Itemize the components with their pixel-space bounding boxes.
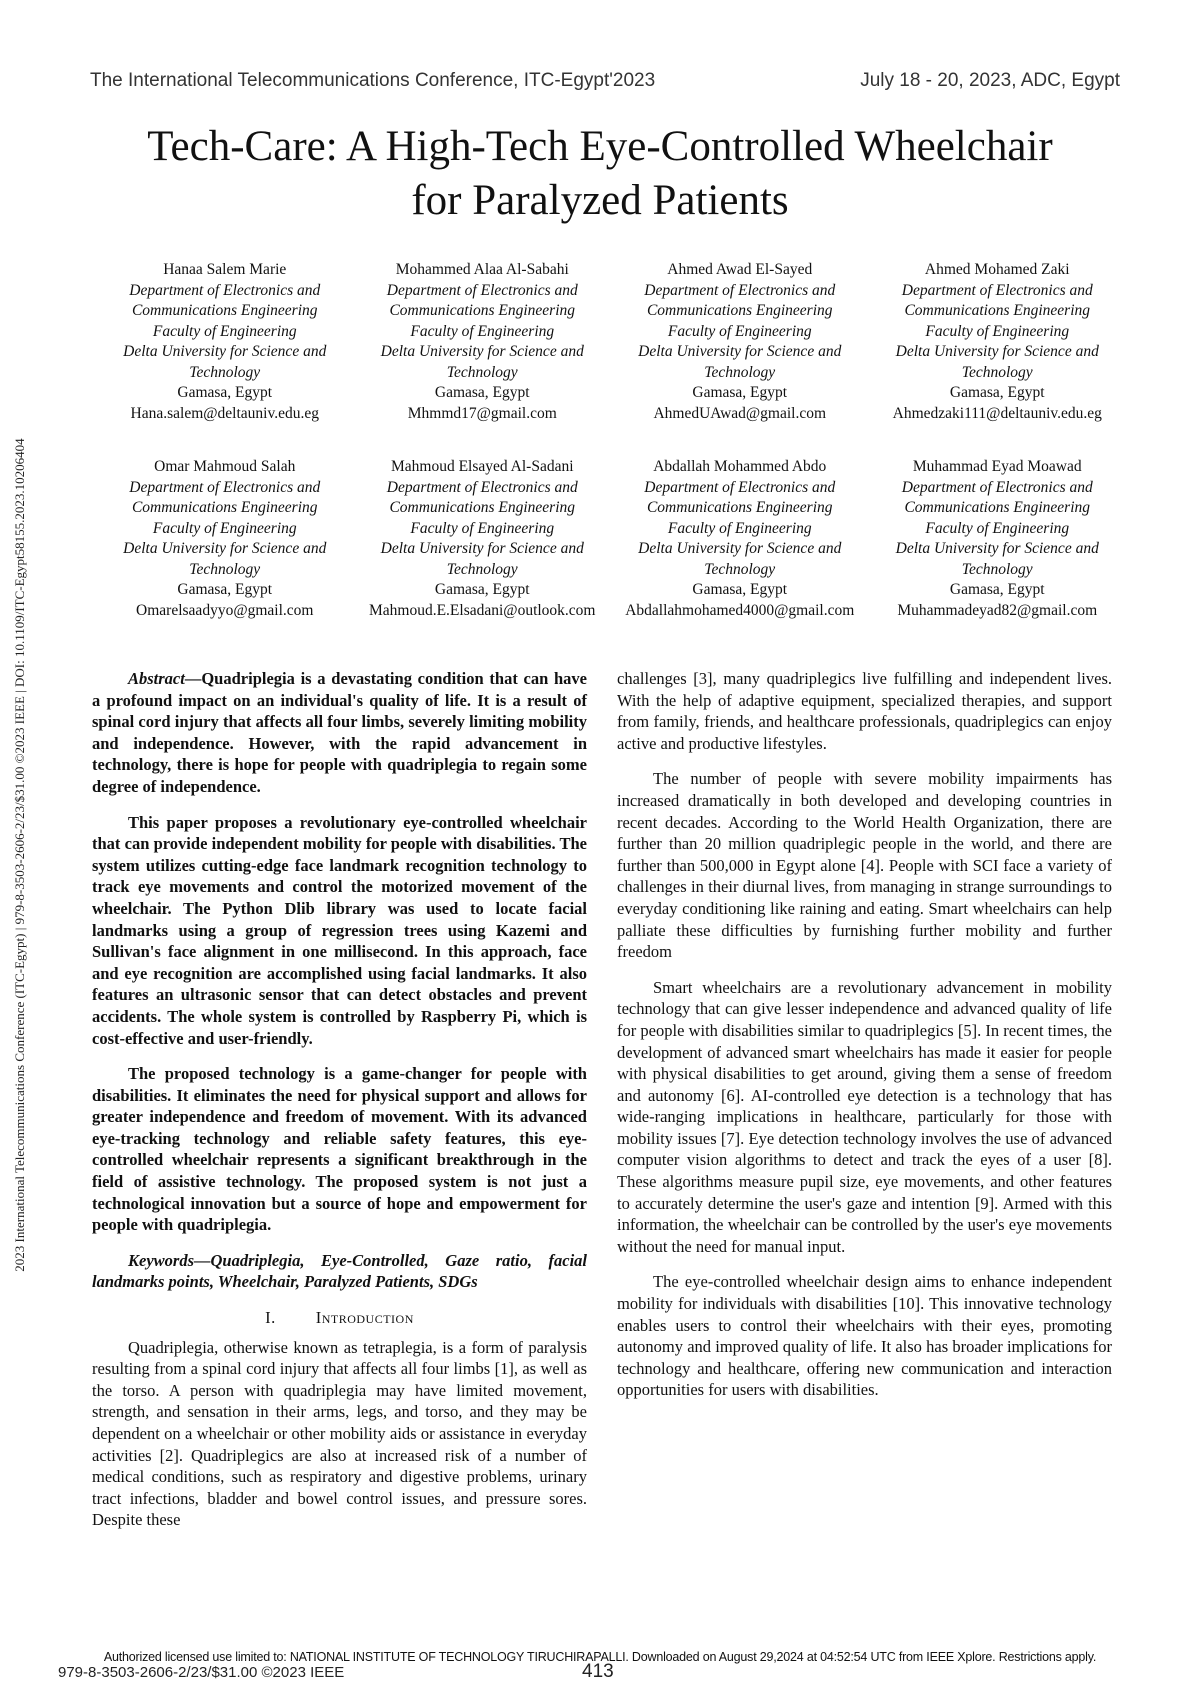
author-faculty: Faculty of Engineering <box>611 322 869 343</box>
author-email[interactable]: Ahmedzaki111@deltauniv.edu.eg <box>869 404 1127 425</box>
keywords-label: Keywords <box>128 1251 194 1270</box>
abstract-paragraph-3: The proposed technology is a game-change… <box>92 1063 587 1236</box>
author-university: Delta University for Science and <box>611 342 869 363</box>
author-city: Gamasa, Egypt <box>354 580 612 601</box>
author-dept: Communications Engineering <box>611 498 869 519</box>
author-university: Delta University for Science and <box>96 342 354 363</box>
left-column: Abstract—Quadriplegia is a devastating c… <box>92 668 587 1545</box>
author-dept: Department of Electronics and <box>869 281 1127 302</box>
author-university: Technology <box>611 363 869 384</box>
author-email[interactable]: Mahmoud.E.Elsadani@outlook.com <box>354 601 612 622</box>
author-city: Gamasa, Egypt <box>611 383 869 404</box>
author-dept: Communications Engineering <box>611 301 869 322</box>
author-email[interactable]: Omarelsaadyyo@gmail.com <box>96 601 354 622</box>
author-city: Gamasa, Egypt <box>869 580 1127 601</box>
author-block: Hanaa Salem Marie Department of Electron… <box>96 260 354 424</box>
intro-paragraph-2: The number of people with severe mobilit… <box>617 768 1112 962</box>
section-heading-introduction: I.Introduction <box>92 1307 587 1329</box>
author-university: Delta University for Science and <box>354 342 612 363</box>
author-dept: Department of Electronics and <box>869 478 1127 499</box>
author-dept: Department of Electronics and <box>611 478 869 499</box>
intro-paragraph-4: The eye-controlled wheelchair design aim… <box>617 1271 1112 1401</box>
author-dept: Communications Engineering <box>354 498 612 519</box>
author-university: Delta University for Science and <box>354 539 612 560</box>
date-location-header: July 18 - 20, 2023, ADC, Egypt <box>860 70 1120 92</box>
author-name: Mahmoud Elsayed Al-Sadani <box>354 457 612 478</box>
author-block: Ahmed Awad El-Sayed Department of Electr… <box>611 260 869 424</box>
author-name: Hanaa Salem Marie <box>96 260 354 281</box>
author-dept: Department of Electronics and <box>611 281 869 302</box>
author-university: Delta University for Science and <box>611 539 869 560</box>
author-dept: Department of Electronics and <box>354 478 612 499</box>
author-university: Technology <box>611 560 869 581</box>
author-block: Abdallah Mohammed Abdo Department of Ele… <box>611 457 869 621</box>
author-city: Gamasa, Egypt <box>354 383 612 404</box>
author-faculty: Faculty of Engineering <box>96 322 354 343</box>
author-dept: Department of Electronics and <box>96 281 354 302</box>
author-email[interactable]: Mhmmd17@gmail.com <box>354 404 612 425</box>
author-university: Technology <box>354 560 612 581</box>
author-faculty: Faculty of Engineering <box>869 322 1127 343</box>
author-city: Gamasa, Egypt <box>96 580 354 601</box>
author-block: Omar Mahmoud Salah Department of Electro… <box>96 457 354 621</box>
author-city: Gamasa, Egypt <box>869 383 1127 404</box>
doi-text: 2023 International Telecommunications Co… <box>12 330 28 1380</box>
author-dept: Communications Engineering <box>96 301 354 322</box>
author-dept: Department of Electronics and <box>354 281 612 302</box>
title-line-1: Tech-Care: A High-Tech Eye-Controlled Wh… <box>80 120 1120 174</box>
author-name: Ahmed Awad El-Sayed <box>611 260 869 281</box>
author-name: Abdallah Mohammed Abdo <box>611 457 869 478</box>
author-university: Technology <box>869 363 1127 384</box>
author-faculty: Faculty of Engineering <box>354 322 612 343</box>
author-row-1: Hanaa Salem Marie Department of Electron… <box>96 260 1126 424</box>
title-line-2: for Paralyzed Patients <box>80 174 1120 228</box>
author-university: Technology <box>96 560 354 581</box>
author-university: Technology <box>96 363 354 384</box>
paper-title: Tech-Care: A High-Tech Eye-Controlled Wh… <box>80 120 1120 228</box>
right-column: challenges [3], many quadriplegics live … <box>617 668 1112 1415</box>
author-faculty: Faculty of Engineering <box>869 519 1127 540</box>
abstract-label: Abstract <box>128 669 185 688</box>
author-university: Technology <box>354 363 612 384</box>
author-row-2: Omar Mahmoud Salah Department of Electro… <box>96 457 1126 621</box>
author-email[interactable]: Abdallahmohamed4000@gmail.com <box>611 601 869 622</box>
author-university: Delta University for Science and <box>96 539 354 560</box>
author-email[interactable]: Muhammadeyad82@gmail.com <box>869 601 1127 622</box>
abstract-text: Quadriplegia is a devastating condition … <box>92 669 587 796</box>
author-dept: Department of Electronics and <box>96 478 354 499</box>
author-block: Mahmoud Elsayed Al-Sadani Department of … <box>354 457 612 621</box>
author-name: Omar Mahmoud Salah <box>96 457 354 478</box>
abstract-paragraph-1: Abstract—Quadriplegia is a devastating c… <box>92 668 587 798</box>
isbn-footer: 979-8-3503-2606-2/23/$31.00 ©2023 IEEE <box>58 1664 344 1681</box>
author-university: Technology <box>869 560 1127 581</box>
author-block: Mohammed Alaa Al-Sabahi Department of El… <box>354 260 612 424</box>
author-block: Muhammad Eyad Moawad Department of Elect… <box>869 457 1127 621</box>
author-faculty: Faculty of Engineering <box>354 519 612 540</box>
keywords: Keywords—Quadriplegia, Eye-Controlled, G… <box>92 1250 587 1293</box>
author-name: Ahmed Mohamed Zaki <box>869 260 1127 281</box>
author-dept: Communications Engineering <box>96 498 354 519</box>
conference-header: The International Telecommunications Con… <box>90 70 655 92</box>
author-name: Mohammed Alaa Al-Sabahi <box>354 260 612 281</box>
author-dept: Communications Engineering <box>869 301 1127 322</box>
author-city: Gamasa, Egypt <box>96 383 354 404</box>
author-university: Delta University for Science and <box>869 539 1127 560</box>
author-dept: Communications Engineering <box>869 498 1127 519</box>
author-faculty: Faculty of Engineering <box>611 519 869 540</box>
author-name: Muhammad Eyad Moawad <box>869 457 1127 478</box>
author-university: Delta University for Science and <box>869 342 1127 363</box>
author-block: Ahmed Mohamed Zaki Department of Electro… <box>869 260 1127 424</box>
doi-sidebar: 2023 International Telecommunications Co… <box>8 330 34 1380</box>
author-email[interactable]: AhmedUAwad@gmail.com <box>611 404 869 425</box>
section-number: I. <box>265 1308 276 1327</box>
section-title: Introduction <box>316 1308 414 1327</box>
intro-paragraph-3: Smart wheelchairs are a revolutionary ad… <box>617 977 1112 1258</box>
author-faculty: Faculty of Engineering <box>96 519 354 540</box>
author-city: Gamasa, Egypt <box>611 580 869 601</box>
abstract-paragraph-2: This paper proposes a revolutionary eye-… <box>92 812 587 1050</box>
intro-paragraph-1: Quadriplegia, otherwise known as tetrapl… <box>92 1337 587 1531</box>
author-email[interactable]: Hana.salem@deltauniv.edu.eg <box>96 404 354 425</box>
author-dept: Communications Engineering <box>354 301 612 322</box>
intro-paragraph-1-cont: challenges [3], many quadriplegics live … <box>617 668 1112 754</box>
page-number: 413 <box>582 1661 614 1683</box>
